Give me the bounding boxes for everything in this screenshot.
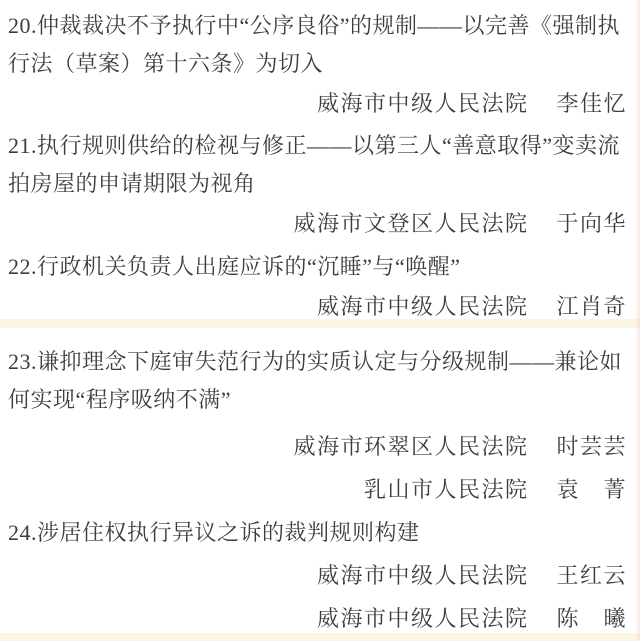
court-name: 威海市中级人民法院 — [317, 557, 529, 595]
entry-title-line: 行法（草案）第十六条》为切入 — [8, 45, 634, 83]
author-name: 时芸芸 — [556, 428, 627, 466]
entry-author-row: 威海市中级人民法院 江肖奇 — [8, 288, 634, 326]
court-name: 威海市中级人民法院 — [317, 85, 529, 123]
court-name: 威海市文登区人民法院 — [293, 205, 528, 243]
author-name: 李佳忆 — [556, 85, 627, 123]
entry-author-row: 威海市文登区人民法院 于向华 — [8, 205, 634, 243]
list-item-21: 21.执行规则供给的检视与修正——以第三人“善意取得”变卖流 拍房屋的申请期限为… — [8, 127, 634, 243]
entry-author-row: 乳山市人民法院 袁 菁 — [8, 471, 634, 509]
entry-title-line: 23.谦抑理念下庭审失范行为的实质认定与分级规制——兼论如 — [8, 343, 634, 381]
entry-author-row: 威海市中级人民法院 陈 曦 — [8, 600, 634, 638]
entry-author-row: 威海市环翠区人民法院 时芸芸 — [8, 428, 634, 466]
list-item-23: 23.谦抑理念下庭审失范行为的实质认定与分级规制——兼论如 何实现“程序吸纳不满… — [8, 343, 634, 509]
entry-title-line: 22.行政机关负责人出庭应诉的“沉睡”与“唤醒” — [8, 248, 634, 286]
court-name: 乳山市人民法院 — [364, 471, 529, 509]
entry-title-line: 拍房屋的申请期限为视角 — [8, 165, 634, 203]
court-name: 威海市中级人民法院 — [317, 288, 529, 326]
list-content: 20.仲裁裁决不予执行中“公序良俗”的规制——以完善《强制执 行法（草案）第十六… — [0, 0, 640, 638]
entry-title-line: 21.执行规则供给的检视与修正——以第三人“善意取得”变卖流 — [8, 127, 634, 165]
document-page: 20.仲裁裁决不予执行中“公序良俗”的规制——以完善《强制执 行法（草案）第十六… — [0, 0, 640, 641]
right-edge-strip — [635, 0, 640, 641]
entry-title-line: 24.涉居住权执行异议之诉的裁判规则构建 — [8, 514, 634, 552]
author-name: 陈 曦 — [556, 600, 627, 638]
author-name: 袁 菁 — [556, 471, 627, 509]
entry-title-line: 20.仲裁裁决不予执行中“公序良俗”的规制——以完善《强制执 — [8, 7, 634, 45]
list-item-20: 20.仲裁裁决不予执行中“公序良俗”的规制——以完善《强制执 行法（草案）第十六… — [8, 7, 634, 123]
author-name: 江肖奇 — [556, 288, 627, 326]
court-name: 威海市环翠区人民法院 — [293, 428, 528, 466]
entry-author-row: 威海市中级人民法院 王红云 — [8, 557, 634, 595]
entry-author-row: 威海市中级人民法院 李佳忆 — [8, 85, 634, 123]
list-item-24: 24.涉居住权执行异议之诉的裁判规则构建 威海市中级人民法院 王红云 威海市中级… — [8, 514, 634, 638]
court-name: 威海市中级人民法院 — [317, 600, 529, 638]
author-name: 于向华 — [556, 205, 627, 243]
list-item-22: 22.行政机关负责人出庭应诉的“沉睡”与“唤醒” 威海市中级人民法院 江肖奇 — [8, 248, 634, 326]
author-name: 王红云 — [556, 557, 627, 595]
entry-title-line: 何实现“程序吸纳不满” — [8, 381, 634, 419]
